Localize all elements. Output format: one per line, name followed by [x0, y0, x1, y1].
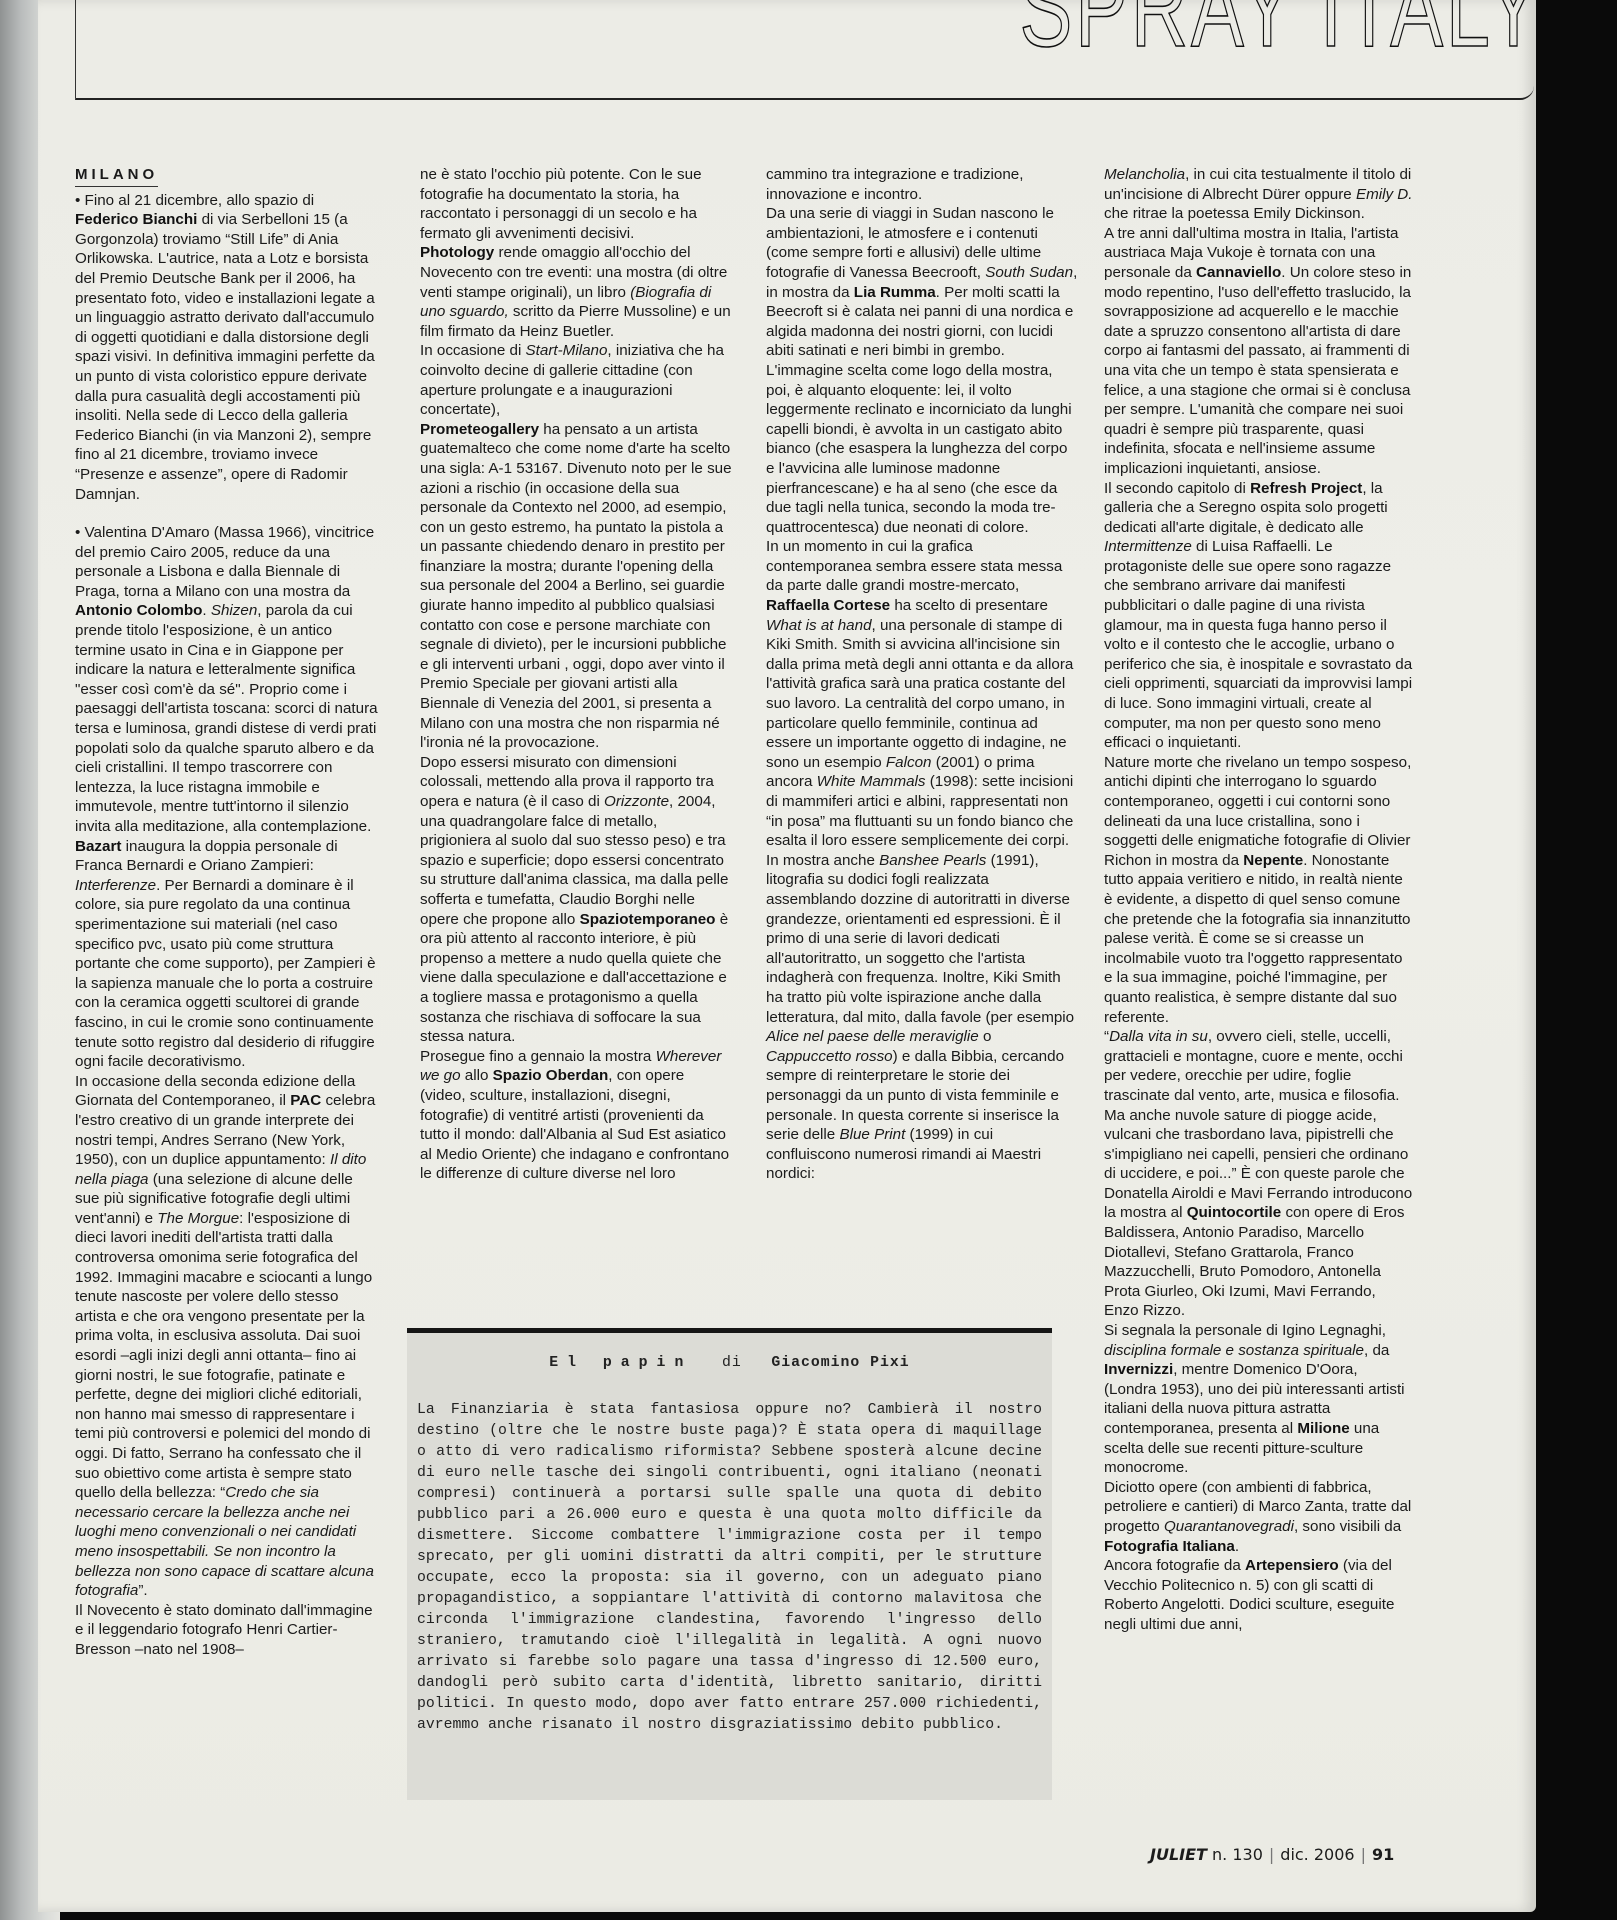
paragraph: In occasione di Start-Milano, iniziativa… [420, 341, 732, 419]
page-footer: JULIET n. 130|dic. 2006|91 [1150, 1845, 1394, 1864]
box-title-author: Giacomino Pixi [771, 1355, 909, 1371]
page-title: SPRAY ITALY [1020, 0, 1543, 64]
gallery-name: Milione [1297, 1420, 1349, 1437]
work-title: Intermittenze [1104, 538, 1192, 555]
gallery-name: Antonio Colombo [75, 602, 202, 619]
work-title: Falcon [886, 754, 932, 771]
gallery-name: Quintocortile [1187, 1204, 1282, 1221]
box-title: El papin di Giacomino Pixi [417, 1353, 1042, 1374]
gallery-name: Raffaella Cortese [766, 597, 890, 614]
work-title: Alice nel paese delle meraviglie [766, 1028, 979, 1045]
box-title-main: El papin [549, 1355, 692, 1371]
gallery-name: PAC [290, 1092, 321, 1109]
work-title: Shizen [211, 602, 257, 619]
article-body: • Fino al 21 dicembre, allo spazio di Fe… [75, 191, 380, 1660]
gallery-name: Photology [420, 244, 494, 261]
work-title: Orizzonte [604, 793, 669, 810]
paragraph: Il secondo capitolo di Refresh Project, … [1104, 479, 1414, 753]
work-title: Emily D. [1356, 186, 1413, 203]
footer-separator: | [1269, 1845, 1274, 1864]
section-title: MILANO [75, 165, 158, 187]
article-body: cammino tra integrazione e tradizione, i… [766, 165, 1080, 1184]
work-title: Il dito nella piaga [75, 1151, 366, 1188]
gallery-name: Fotografia Italiana [1104, 1538, 1235, 1555]
box-title-by: di [722, 1355, 742, 1371]
gallery-name: Spaziotemporaneo [580, 911, 716, 928]
work-title: Blue Print [839, 1126, 905, 1143]
work-title: Quarantanovegradi [1164, 1518, 1294, 1535]
gallery-name: Federico Bianchi [75, 211, 197, 228]
paragraph: Bazart inaugura la doppia personale di F… [75, 837, 380, 1072]
paragraph: Nature morte che rivelano un tempo sospe… [1104, 753, 1414, 1027]
work-title: Interferenze [75, 877, 156, 894]
work-title: What is at hand [766, 617, 872, 634]
page-number: 91 [1372, 1845, 1394, 1864]
gallery-name: Spazio Oberdan [493, 1067, 609, 1084]
gallery-name: Prometeogallery [420, 421, 539, 438]
paragraph: Da una serie di viaggi in Sudan nascono … [766, 204, 1080, 537]
sidebar-box-el-papin: El papin di Giacomino Pixi La Finanziari… [407, 1328, 1052, 1800]
gallery-name: Cannaviello [1196, 264, 1281, 281]
work-title: Banshee Pearls [879, 852, 986, 869]
gallery-name: Lia Rumma [854, 284, 936, 301]
column-3: cammino tra integrazione e tradizione, i… [766, 165, 1080, 1184]
paragraph: A tre anni dall'ultima mostra in Italia,… [1104, 224, 1414, 479]
paragraph: Dopo essersi misurato con dimensioni col… [420, 753, 732, 1047]
paragraph: In un momento in cui la grafica contempo… [766, 537, 1080, 1184]
work-title: (Biografia di uno sguardo, [420, 284, 711, 321]
gallery-name: Nepente [1243, 852, 1303, 869]
paragraph: Photology rende omaggio all'occhio del N… [420, 243, 732, 341]
article-body: ne è stato l'occhio più potente. Con le … [420, 165, 732, 1184]
paragraph: Prometeogallery ha pensato a un artista … [420, 420, 732, 753]
work-title: White Mammals [817, 773, 926, 790]
work-title: Cappuccetto rosso [766, 1048, 893, 1065]
paragraph: Prosegue fino a gennaio la mostra Wherev… [420, 1047, 732, 1184]
paragraph: In occasione della seconda edizione dell… [75, 1072, 380, 1601]
footer-separator: | [1361, 1845, 1366, 1864]
column-4: Melancholia, in cui cita testualmente il… [1104, 165, 1414, 1635]
column-2: ne è stato l'occhio più potente. Con le … [420, 165, 732, 1184]
work-title: South Sudan [985, 264, 1073, 281]
gallery-name: Invernizzi [1104, 1361, 1173, 1378]
issue-number: n. 130 [1212, 1845, 1263, 1864]
paragraph: “Dalla vita in su, ovvero cieli, stelle,… [1104, 1027, 1414, 1321]
work-title: Dalla vita in su [1109, 1028, 1208, 1045]
paragraph: Diciotto opere (con ambienti di fabbrica… [1104, 1478, 1414, 1556]
paragraph: Melancholia, in cui cita testualmente il… [1104, 165, 1414, 224]
article-body: Melancholia, in cui cita testualmente il… [1104, 165, 1414, 1635]
column-1: MILANO • Fino al 21 dicembre, allo spazi… [75, 165, 380, 1660]
paragraph: • Valentina D'Amaro (Massa 1966), vincit… [75, 523, 380, 837]
work-title: Credo che sia necessario cercare la bell… [75, 1484, 374, 1599]
work-title: disciplina formale e sostanza spirituale [1104, 1342, 1364, 1359]
gallery-name: Bazart [75, 838, 121, 855]
paragraph: Ancora fotografie da Artepensiero (via d… [1104, 1556, 1414, 1634]
work-title: Start-Milano [526, 342, 608, 359]
work-title: The Morgue [157, 1210, 239, 1227]
magazine-name: JULIET [1150, 1845, 1207, 1864]
issue-date: dic. 2006 [1280, 1845, 1354, 1864]
paragraph: ne è stato l'occhio più potente. Con le … [420, 165, 732, 243]
work-title: Melancholia [1104, 166, 1185, 183]
gallery-name: Artepensiero [1245, 1557, 1339, 1574]
paragraph: cammino tra integrazione e tradizione, i… [766, 165, 1080, 204]
gallery-name: Refresh Project [1250, 480, 1362, 497]
paragraph: Il Novecento è stato dominato dall'immag… [75, 1601, 380, 1660]
box-body: La Finanziaria è stata fantasiosa oppure… [417, 1400, 1042, 1736]
paragraph: Si segnala la personale di Igino Legnagh… [1104, 1321, 1414, 1478]
paragraph-gap [75, 504, 380, 523]
paragraph: • Fino al 21 dicembre, allo spazio di Fe… [75, 191, 380, 505]
